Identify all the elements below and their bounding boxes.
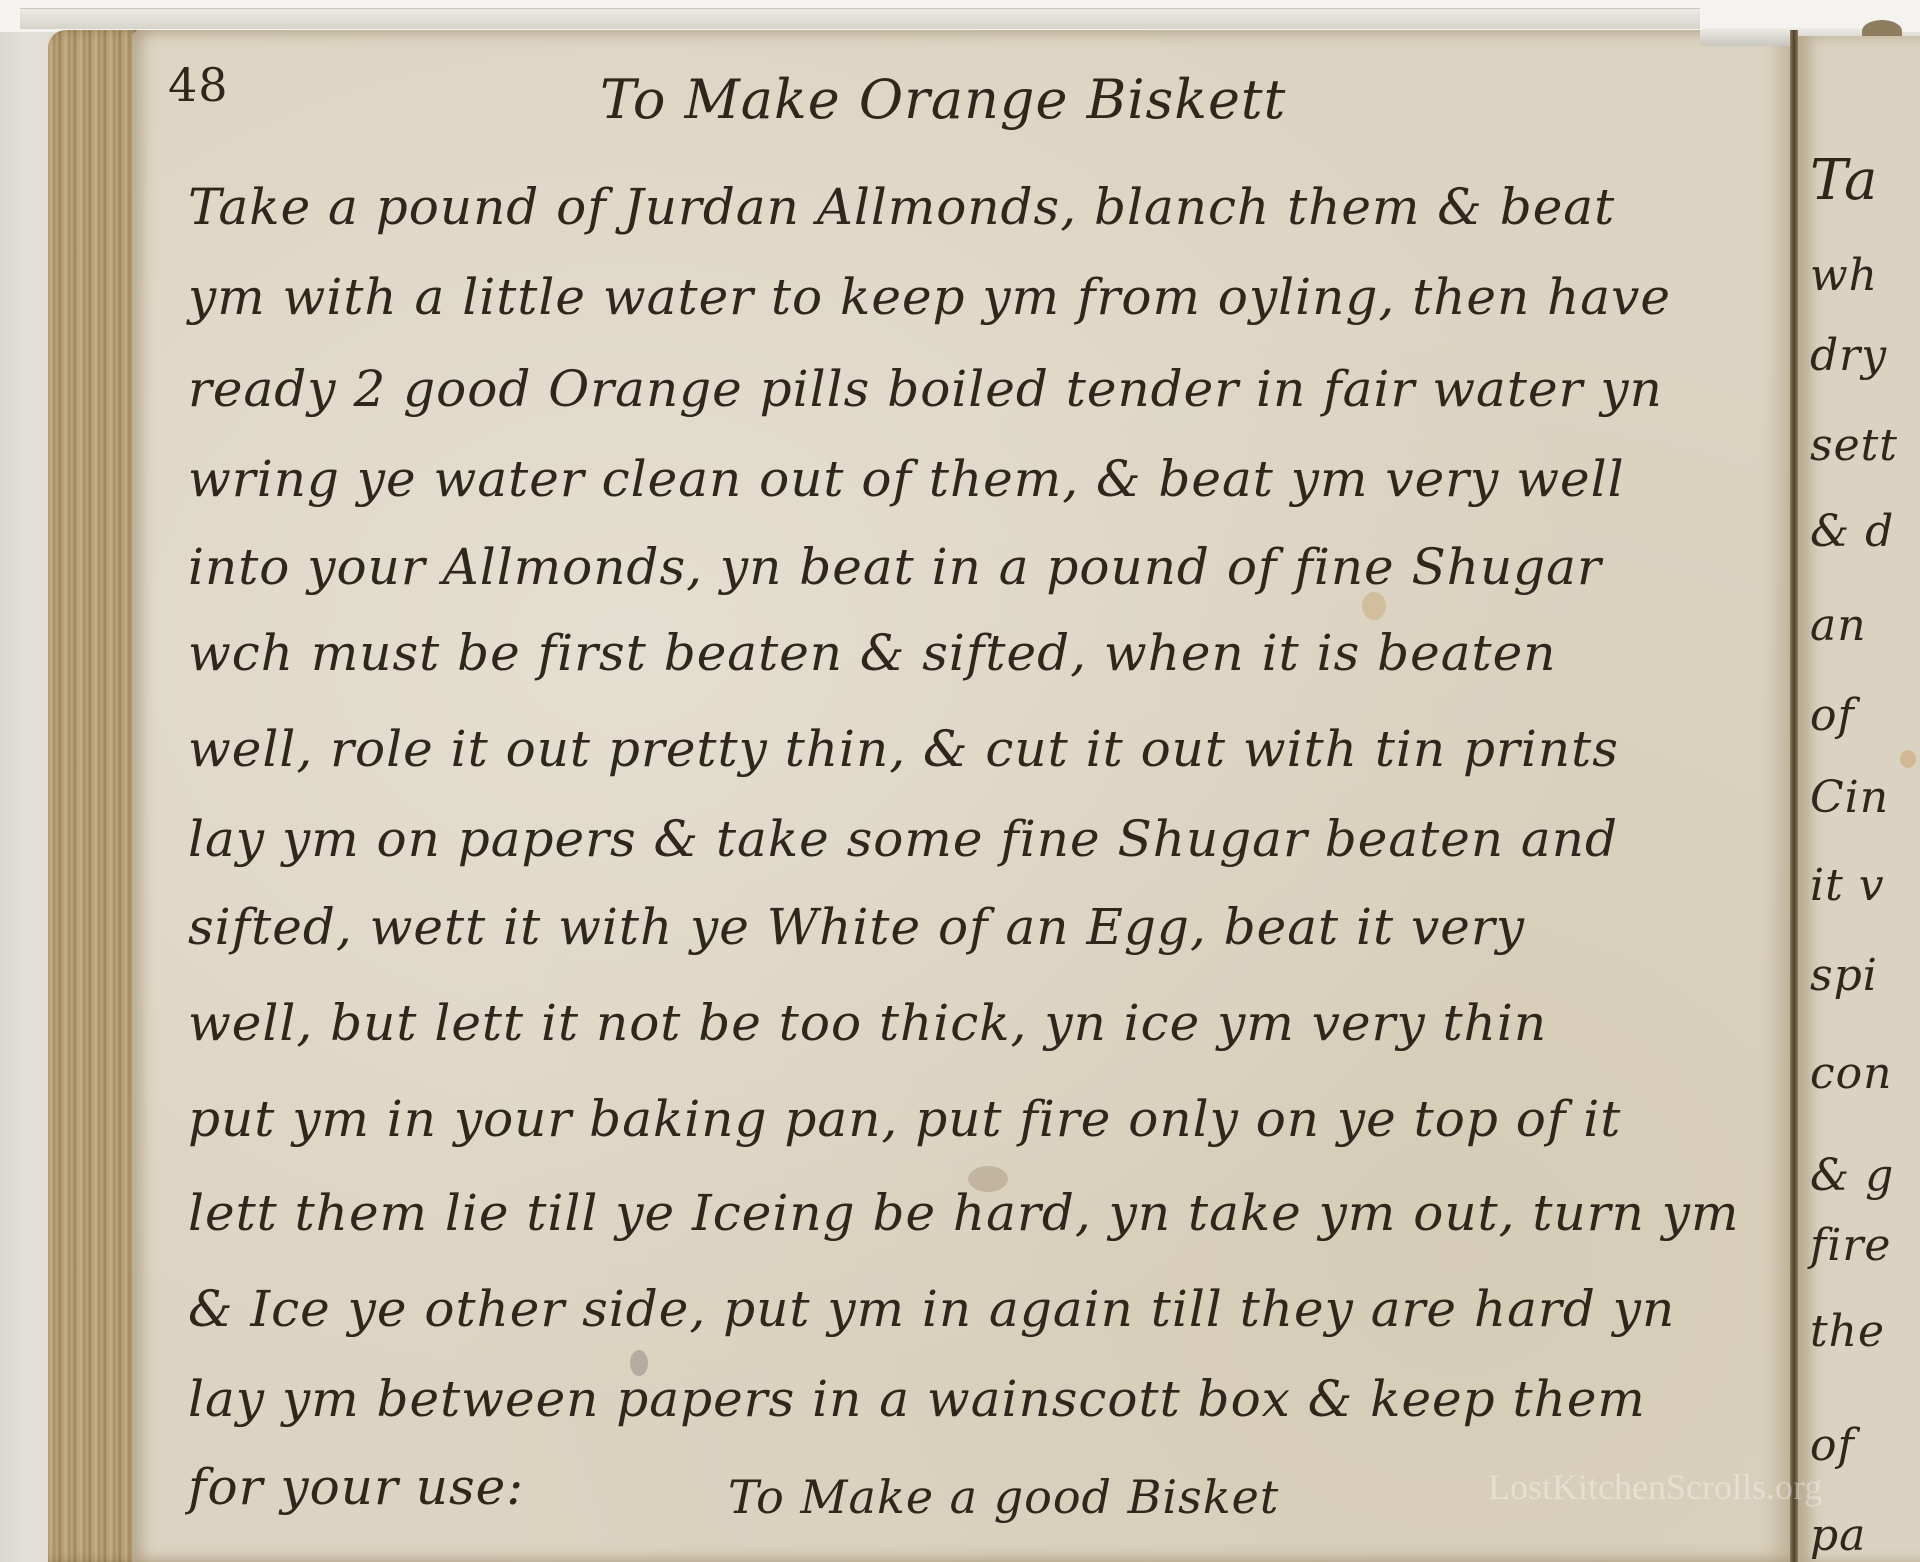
manuscript-line: ym with a little water to keep ym from o… — [188, 268, 1671, 326]
manuscript-line: lett them lie till ye Iceing be hard, yn… — [188, 1184, 1739, 1242]
page-edges — [48, 30, 140, 1562]
facing-page-fragment: & d — [1810, 506, 1894, 557]
facing-page-fragment: con — [1810, 1048, 1892, 1099]
facing-page-fragment: fire — [1810, 1220, 1891, 1271]
page-number: 48 — [168, 58, 229, 112]
book-gutter — [1790, 30, 1798, 1562]
cover-edge — [20, 8, 1700, 29]
ink-stain — [1900, 750, 1916, 768]
manuscript-line: lay ym on papers & take some fine Shugar… — [188, 810, 1618, 868]
facing-page-fragment: it v — [1810, 860, 1885, 911]
facing-page-fragment: Cin — [1810, 772, 1889, 823]
facing-page-fragment: sett — [1810, 420, 1898, 471]
manuscript-line: into your Allmonds, yn beat in a pound o… — [188, 538, 1602, 596]
facing-page-fragment: dry — [1810, 330, 1887, 381]
facing-page-fragment: of — [1810, 1420, 1855, 1471]
manuscript-line: put ym in your baking pan, put fire only… — [188, 1090, 1621, 1148]
facing-page-fragment: pa — [1810, 1510, 1866, 1561]
facing-page-fragment: of — [1810, 690, 1855, 741]
manuscript-line: Take a pound of Jurdan Allmonds, blanch … — [188, 178, 1615, 236]
manuscript-line: for your use: — [188, 1458, 524, 1516]
ink-stain — [1362, 592, 1386, 620]
manuscript-line: sifted, wett it with ye White of an Egg,… — [188, 898, 1525, 956]
manuscript-line: well, but lett it not be too thick, yn i… — [188, 994, 1547, 1052]
next-recipe-title: To Make a good Bisket — [728, 1470, 1279, 1524]
manuscript-line: ready 2 good Orange pills boiled tender … — [188, 360, 1663, 418]
facing-page-fragment: spi — [1810, 950, 1878, 1001]
recipe-title: To Make Orange Biskett — [600, 68, 1286, 131]
manuscript-line: lay ym between papers in a wainscott box… — [188, 1370, 1646, 1428]
manuscript-line: wring ye water clean out of them, & beat… — [188, 450, 1625, 508]
manuscript-line: well, role it out pretty thin, & cut it … — [188, 720, 1619, 778]
watermark: LostKitchenScrolls.org — [1488, 1466, 1822, 1508]
manuscript-line: & Ice ye other side, put ym in again til… — [188, 1280, 1675, 1338]
facing-page-fragment: the — [1810, 1306, 1885, 1357]
facing-page-fragment: an — [1810, 600, 1867, 651]
facing-page-fragment: Ta — [1810, 148, 1878, 213]
facing-page-fragment: wh — [1810, 250, 1878, 301]
facing-page-fragment: & g — [1810, 1150, 1894, 1201]
manuscript-line: wch must be first beaten & sifted, when … — [188, 624, 1556, 682]
